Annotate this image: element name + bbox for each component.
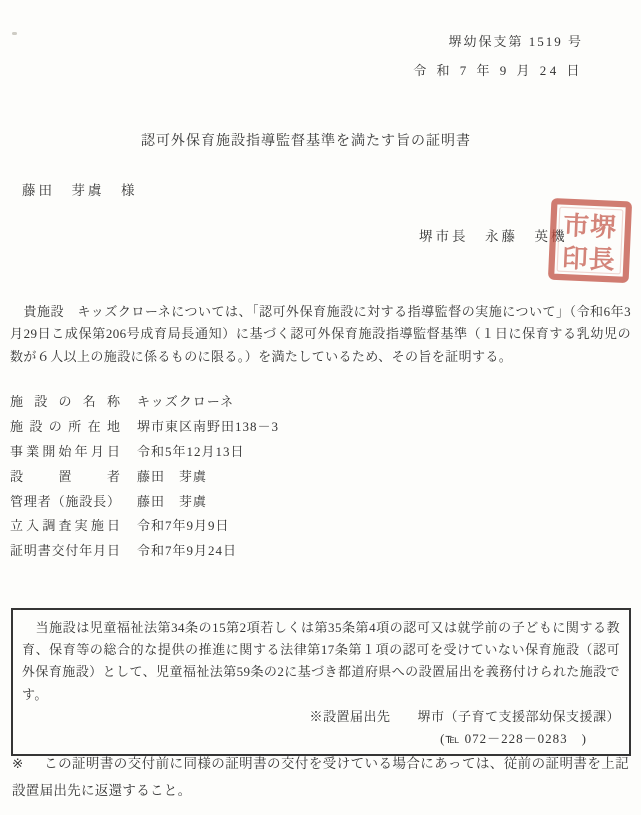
detail-value: キッズクローネ [137,394,234,409]
seal-glyph: 堺 [590,212,617,242]
legal-notice-text: 当施設は児童福祉法第34条の15第2項若しくは第35条第4項の認可又は就学前の子… [22,617,620,706]
detail-label: 証明書交付年月日 [10,539,120,564]
footnote: ※この証明書の交付前に同様の証明書の交付を受けている場合にあっては、従前の証明書… [12,750,629,804]
legal-notice-box: 当施設は児童福祉法第34条の15第2項若しくは第35条第4項の認可又は就学前の子… [11,608,631,756]
detail-value: 藤田 芽虞 [137,469,207,484]
certificate-document: 堺幼保支第 1519 号 令 和 7 年 9 月 24 日 認可外保育施設指導監… [0,0,641,815]
addressee-name: 藤田 芽虞 様 [22,179,138,199]
official-seal-icon: 堺 市 長 印 [545,195,635,287]
detail-label: 施設の所在地 [10,415,120,440]
seal-glyph: 市 [563,211,590,241]
detail-row-founder: 設置者藤田 芽虞 [10,465,490,490]
issue-date: 令 和 7 年 9 月 24 日 [413,56,583,85]
detail-value: 令和7年9月24日 [137,543,237,558]
detail-value: 堺市東区南野田138－3 [137,419,279,434]
document-title: 認可外保育施設指導監督基準を満たす旨の証明書 [0,130,612,150]
detail-row-facility-name: 施設の名称キッズクローネ [10,390,490,415]
footnote-marker: ※ [12,750,44,777]
certificate-body-text: 貴施設 キッズクローネについては、「認可外保育施設に対する指導監督の実施について… [10,301,631,368]
detail-label: 管理者（施設長） [10,490,120,515]
detail-row-certificate-issue-date: 証明書交付年月日令和7年9月24日 [10,539,490,564]
detail-label: 設置者 [10,465,120,490]
facility-details-list: 施設の名称キッズクローネ 施設の所在地堺市東区南野田138－3 事業開始年月日令… [10,390,490,564]
detail-label: 事業開始年月日 [10,440,120,465]
detail-value: 令和5年12月13日 [137,444,245,459]
seal-glyph: 長 [588,245,615,275]
document-header: 堺幼保支第 1519 号 令 和 7 年 9 月 24 日 [413,27,583,85]
document-number: 堺幼保支第 1519 号 [413,27,583,56]
detail-row-facility-address: 施設の所在地堺市東区南野田138－3 [10,415,490,440]
seal-glyph: 印 [561,244,588,274]
scan-artifact [12,32,17,35]
detail-label: 立入調査実施日 [10,514,120,539]
detail-value: 令和7年9月9日 [137,518,230,533]
notification-destination: ※設置届出先 堺市（子育て支援部幼保支援課） [22,706,620,728]
detail-row-business-start-date: 事業開始年月日令和5年12月13日 [10,440,490,465]
detail-value: 藤田 芽虞 [137,494,207,509]
detail-row-inspection-date: 立入調査実施日令和7年9月9日 [10,514,490,539]
detail-label: 施設の名称 [10,390,120,415]
phone-number: (℡ 072－228－0283 ) [22,728,620,750]
detail-row-manager: 管理者（施設長）藤田 芽虞 [10,490,490,515]
footnote-text: この証明書の交付前に同様の証明書の交付を受けている場合にあっては、従前の証明書を… [12,756,629,798]
issuer-mayor-name: 堺市長 永藤 英機 [419,225,568,245]
